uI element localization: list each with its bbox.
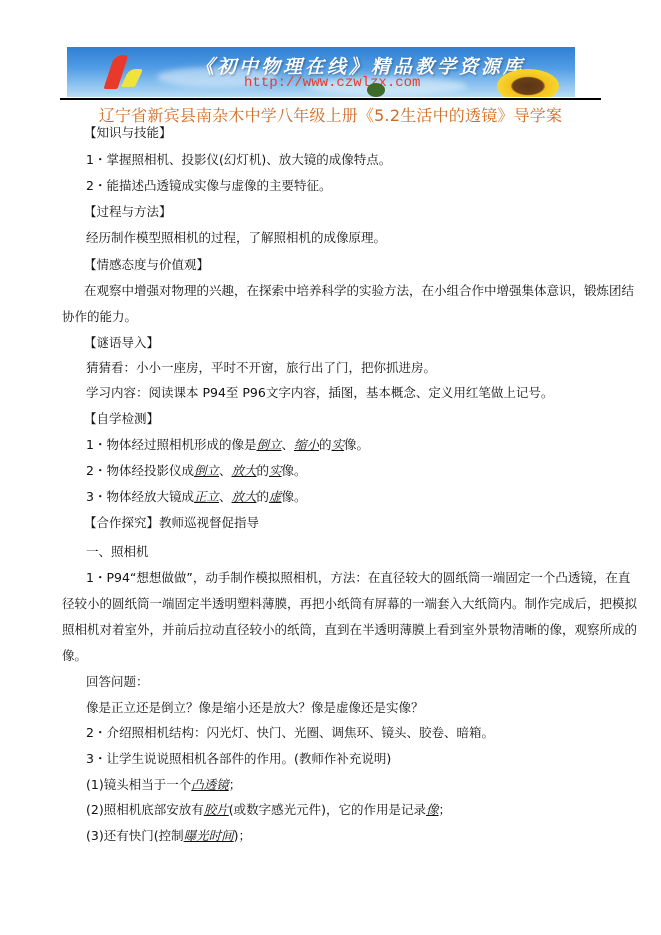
- question-text: 像。: [344, 437, 369, 452]
- answer-label: 回答问题：: [86, 674, 149, 690]
- self-test-item-3: 3・物体经放大镜成正立、放大的虚像。: [86, 489, 307, 505]
- camera-para-line-2: 径较小的圆纸筒一端固定半透明塑料薄膜，再把小纸筒有屏幕的一端套入大纸筒内。制作完…: [62, 596, 637, 612]
- camera-structure: 2・介绍照相机结构：闪光灯、快门、光圈、调焦环、镜头、胶卷、暗箱。: [86, 725, 494, 741]
- header-banner: 《初中物理在线》精品教学资源库 http://www.czwlzx.com: [67, 47, 575, 97]
- section-camera-heading: 一、照相机: [86, 544, 149, 560]
- question-text: (1)镜头相当于一个: [86, 777, 191, 792]
- answer-blank: 放大: [232, 463, 257, 478]
- camera-para-line-1: 1・P94“想想做做”，动手制作模拟照相机，方法：在直径较大的圆纸筒一端固定一个…: [86, 570, 630, 586]
- answer-blank: 凸透镜: [191, 777, 229, 792]
- question-text: 1・物体经过照相机形成的像是: [86, 437, 256, 452]
- answer-blank: 曝光时间: [184, 828, 234, 843]
- question-text: )；: [234, 828, 251, 843]
- question-text: 像。: [282, 463, 307, 478]
- question-text: 像。: [282, 489, 307, 504]
- camera-parts-function: 3・让学生说说照相机各部件的作用。(教师作补充说明): [86, 751, 391, 767]
- sub-item-2: (2)照相机底部安放有胶片(或数字感光元件)，它的作用是记录像；: [86, 802, 451, 818]
- self-test-item-1: 1・物体经过照相机形成的像是倒立、缩小的实像。: [86, 437, 369, 453]
- question-text: 的: [319, 437, 332, 452]
- camera-para-line-4: 像。: [62, 648, 87, 664]
- heading-cooperation: 【合作探究】教师巡视督促指导: [84, 515, 259, 531]
- riddle-text: 猜猜看：小小一座房，平时不开窗，旅行出了门，把你抓进房。: [86, 360, 436, 376]
- logo-icon-accent: [121, 69, 143, 87]
- attitude-text-1: 在观察中增强对物理的兴趣，在探索中培养科学的实验方法，在小组合作中增强集体意识，…: [84, 283, 634, 299]
- attitude-text-2: 协作的能力。: [62, 309, 137, 325]
- self-test-item-2: 2・物体经投影仪成倒立、放大的实像。: [86, 463, 307, 479]
- answer-blank: 倒立: [194, 463, 219, 478]
- answer-blank: 胶片: [204, 802, 229, 817]
- answer-blank: 放大: [232, 489, 257, 504]
- answer-blank: 实: [269, 463, 282, 478]
- leaf-decoration: [367, 83, 385, 97]
- document-title: 辽宁省新宾县南杂木中学八年级上册《5.2生活中的透镜》导学案: [0, 103, 661, 126]
- header-divider: [60, 98, 601, 100]
- answer-blank: 倒立: [256, 437, 281, 452]
- heading-riddle: 【谜语导入】: [84, 335, 159, 351]
- question-text: ；: [229, 777, 242, 792]
- question-text: 的: [257, 489, 270, 504]
- question-text: 3・物体经放大镜成: [86, 489, 194, 504]
- sub-item-3: (3)还有快门(控制曝光时间)；: [86, 828, 251, 844]
- answer-blank: 缩小: [294, 437, 319, 452]
- study-content: 学习内容：阅读课本 P94至 P96文字内容，插图，基本概念、定义用红笔做上记号…: [86, 385, 553, 401]
- answer-blank: 正立: [194, 489, 219, 504]
- answer-blank: 虚: [269, 489, 282, 504]
- objective-1: 1・掌握照相机、投影仪(幻灯机)、放大镜的成像特点。: [86, 152, 391, 168]
- question-text: (或数字感光元件)，它的作用是记录: [229, 802, 426, 817]
- question-text: 2・物体经投影仪成: [86, 463, 194, 478]
- heading-attitude: 【情感态度与价值观】: [84, 257, 209, 273]
- answer-blank: 实: [332, 437, 345, 452]
- banner-url: http://www.czwlzx.com: [244, 75, 420, 91]
- question-text: (2)照相机底部安放有: [86, 802, 204, 817]
- sub-item-1: (1)镜头相当于一个凸透镜；: [86, 777, 241, 793]
- heading-self-test: 【自学检测】: [84, 411, 159, 427]
- separator: 、: [219, 489, 232, 504]
- heading-process: 【过程与方法】: [84, 204, 172, 220]
- questions-text: 像是正立还是倒立？像是缩小还是放大？像是虚像还是实像？: [86, 700, 424, 716]
- question-text: 的: [257, 463, 270, 478]
- sunflower-image: [497, 69, 559, 97]
- separator: 、: [281, 437, 294, 452]
- separator: 、: [219, 463, 232, 478]
- answer-blank: 像: [426, 802, 439, 817]
- heading-knowledge: 【知识与技能】: [84, 125, 172, 141]
- question-text: (3)还有快门(控制: [86, 828, 184, 843]
- process-text: 经历制作模型照相机的过程，了解照相机的成像原理。: [86, 230, 386, 246]
- objective-2: 2・能描述凸透镜成实像与虚像的主要特征。: [86, 178, 331, 194]
- camera-para-line-3: 照相机对着室外，并前后拉动直径较小的纸筒，直到在半透明薄膜上看到室外景物清晰的像…: [62, 622, 637, 638]
- question-text: ；: [439, 802, 452, 817]
